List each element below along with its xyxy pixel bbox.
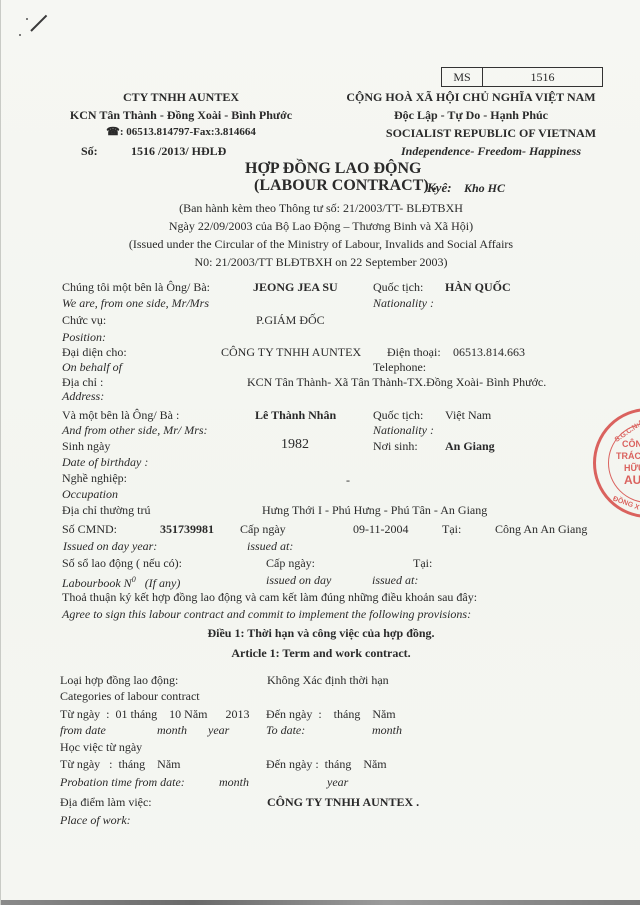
republic-vn: CỘNG HOÀ XÃ HỘI CHỦ NGHĨA VIỆT NAM bbox=[321, 90, 621, 104]
title-vn: HỢP ĐỒNG LAO ĐỘNG bbox=[245, 160, 421, 178]
employee-id-number: 351739981 bbox=[160, 522, 214, 536]
ms-box: MS 1516 bbox=[441, 67, 603, 87]
employee-name: Lê Thành Nhân bbox=[255, 408, 336, 422]
issuance-line2: Ngày 22/09/2003 của Bộ Lao Động – Thương… bbox=[101, 219, 541, 233]
document-page: MS 1516 CTY TNHH AUNTEX KCN Tân Thành - … bbox=[0, 0, 640, 905]
employer-name: JEONG JEA SU bbox=[253, 280, 338, 294]
labourbook-if-any: (If any) bbox=[145, 576, 181, 590]
pen-mark bbox=[30, 15, 47, 32]
behalf-label-vn: Đại diện cho: bbox=[62, 345, 127, 359]
employee-nationality: Việt Nam bbox=[445, 408, 491, 422]
company-stamp: S.G.C.N:4410230000 CÔNG TRÁCH HỮU AU ĐỒN… bbox=[593, 408, 640, 518]
issuance-line3: (Issued under the Circular of the Minist… bbox=[81, 237, 561, 251]
phone-label-vn: Điện thoại: bbox=[387, 345, 441, 359]
probation-to-line: Đến ngày : tháng Năm bbox=[266, 757, 387, 771]
labourbook-date-label-en: issued on day bbox=[266, 573, 331, 587]
employee-occupation: - bbox=[346, 473, 350, 487]
employee-birthplace: An Giang bbox=[445, 439, 495, 453]
employer-nationality-label: Quốc tịch: bbox=[373, 280, 423, 294]
pen-dot bbox=[26, 18, 28, 20]
probation-label: Học việc từ ngày bbox=[60, 740, 142, 754]
employer-position: P.GIÁM ĐỐC bbox=[256, 313, 325, 327]
employee-birth: 1982 bbox=[281, 437, 309, 453]
article1-title-en: Article 1: Term and work contract. bbox=[121, 646, 521, 660]
agreement-en: Agree to sign this labour contract and c… bbox=[62, 607, 471, 621]
employee-id-date: 09-11-2004 bbox=[353, 522, 409, 536]
probation-en: Probation time from date: bbox=[60, 775, 185, 789]
stamp-line4: AU bbox=[624, 474, 640, 487]
sign-label: Kyê: bbox=[427, 180, 452, 196]
title-en: (LABOUR CONTRACT) . bbox=[254, 177, 437, 195]
sign-value: Kho HC bbox=[464, 181, 505, 196]
year-en: year bbox=[208, 723, 229, 737]
to-date-line: Đến ngày : tháng Năm bbox=[266, 707, 396, 721]
birthplace-label: Nơi sinh: bbox=[373, 439, 418, 453]
employer-phone: 06513.814.663 bbox=[453, 345, 525, 359]
company-name: CTY TNHH AUNTEX bbox=[61, 90, 301, 104]
address-label-en: Address: bbox=[62, 389, 104, 403]
labourbook-label-en: Labourbook N0 (If any) bbox=[62, 573, 180, 590]
position-label-vn: Chức vụ: bbox=[62, 313, 106, 327]
month-en: month bbox=[157, 723, 187, 737]
address-label-vn: Địa chỉ : bbox=[62, 375, 103, 389]
employee-nationality-label-en: Nationality : bbox=[373, 423, 434, 437]
labourbook-place-label-en: issued at: bbox=[372, 573, 418, 587]
issuance-line4: N0: 21/2003/TT BLĐTBXH on 22 September 2… bbox=[101, 255, 541, 269]
issuance-line1: (Ban hành kèm theo Thông tư số: 21/2003/… bbox=[101, 201, 541, 215]
employee-nationality-label: Quốc tịch: bbox=[373, 408, 423, 422]
workplace: CÔNG TY TNHH AUNTEX . bbox=[267, 795, 419, 809]
stamp-line2: TRÁCH bbox=[616, 451, 640, 461]
labourbook-date-label-vn: Cấp ngày: bbox=[266, 556, 315, 570]
workplace-label-en: Place of work: bbox=[60, 813, 131, 827]
doc-number: 1516 /2013/ HĐLĐ bbox=[131, 144, 226, 158]
labourbook-label-en-text: Labourbook N bbox=[62, 576, 132, 590]
to-date-en: To date: bbox=[266, 723, 305, 737]
stamp-line3: HỮU bbox=[624, 463, 640, 473]
employer-nationality: HÀN QUỐC bbox=[445, 280, 511, 294]
employee-id-place: Công An An Giang bbox=[495, 522, 587, 536]
motto-en: Independence- Freedom- Happiness bbox=[361, 144, 621, 158]
labourbook-label-vn: Số sổ lao động ( nếu có): bbox=[62, 556, 182, 570]
agreement-vn: Thoả thuận ký kết hợp đồng lao động và c… bbox=[62, 590, 477, 604]
republic-en: SOCIALIST REPUBLIC OF VIETNAM bbox=[361, 126, 621, 140]
company-address: KCN Tân Thành - Đồng Xoài - Bình Phước bbox=[41, 108, 321, 122]
ms-value: 1516 bbox=[483, 68, 602, 86]
scan-bottom-edge bbox=[1, 900, 640, 905]
labourbook-sup: 0 bbox=[132, 575, 136, 584]
probation-from-line: Từ ngày : tháng Năm bbox=[60, 757, 180, 771]
doc-number-label: Số: bbox=[81, 144, 98, 158]
from-date-line: Từ ngày : 01 tháng 10 Năm 2013 bbox=[60, 707, 249, 721]
contract-type: Không Xác định thời hạn bbox=[267, 673, 389, 687]
employee-label-vn: Và một bên là Ông/ Bà : bbox=[62, 408, 179, 422]
from-date-en: from date bbox=[60, 723, 106, 737]
employer-label-en: We are, from one side, Mr/Mrs bbox=[62, 296, 209, 310]
behalf-label-en: On behalf of bbox=[62, 360, 122, 374]
probation-month-en: month bbox=[219, 775, 249, 789]
to-month-en: month bbox=[372, 723, 402, 737]
employee-label-en: And from other side, Mr/ Mrs: bbox=[62, 423, 208, 437]
birth-label-en: Date of birthday : bbox=[62, 455, 148, 469]
pen-dot bbox=[19, 34, 21, 36]
labourbook-place-label-vn: Tại: bbox=[413, 556, 432, 570]
company-phone: ☎: 06513.814797-Fax:3.814664 bbox=[61, 126, 301, 139]
id-place-label: Tại: bbox=[442, 522, 461, 536]
employer-behalf: CÔNG TY TNHH AUNTEX bbox=[221, 345, 361, 359]
residence-label: Địa chỉ thường trú bbox=[62, 503, 151, 517]
ms-label: MS bbox=[442, 68, 483, 86]
id-date-label: Cấp ngày bbox=[240, 522, 286, 536]
article1-title-vn: Điều 1: Thời hạn và công việc của hợp đồ… bbox=[121, 626, 521, 640]
employer-address: KCN Tân Thành- Xã Tân Thành-TX.Đồng Xoài… bbox=[247, 375, 546, 389]
stamp-line1: CÔNG bbox=[622, 439, 640, 449]
contract-type-label-en: Categories of labour contract bbox=[60, 689, 200, 703]
occupation-label-en: Occupation bbox=[62, 487, 118, 501]
workplace-label-vn: Địa điểm làm việc: bbox=[60, 795, 152, 809]
occupation-label-vn: Nghề nghiệp: bbox=[62, 471, 127, 485]
id-label-en: Issued on day year: bbox=[63, 539, 157, 553]
position-label-en: Position: bbox=[62, 330, 106, 344]
id-issued-at-en: issued at: bbox=[247, 539, 293, 553]
birth-label-vn: Sinh ngày bbox=[62, 439, 110, 453]
id-label-vn: Số CMND: bbox=[62, 522, 117, 536]
employer-label-vn: Chúng tôi một bên là Ông/ Bà: bbox=[62, 280, 210, 294]
employee-residence: Hưng Thới I - Phú Hưng - Phú Tân - An Gi… bbox=[262, 503, 487, 517]
motto-vn: Độc Lập - Tự Do - Hạnh Phúc bbox=[341, 108, 601, 122]
employer-nationality-label-en: Nationality : bbox=[373, 296, 434, 310]
contract-type-label-vn: Loại hợp đồng lao động: bbox=[60, 673, 178, 687]
phone-label-en: Telephone: bbox=[373, 360, 426, 374]
probation-year-en: year bbox=[327, 775, 348, 789]
